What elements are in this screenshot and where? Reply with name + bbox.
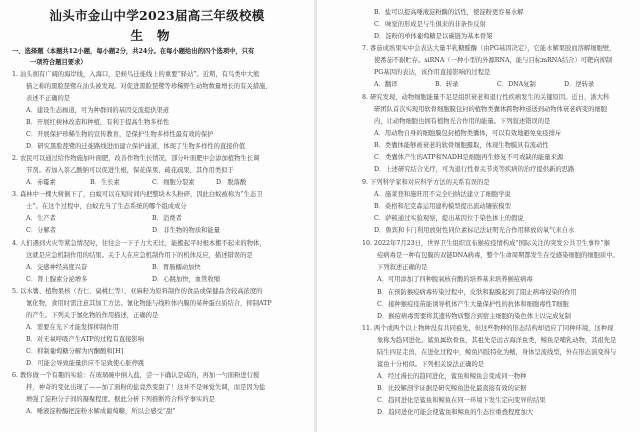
- option-a: A．施莱登和施旺用不完全归纳法建立了细胞学说: [374, 191, 511, 199]
- option-a: A．交感神经高度兴奋: [26, 264, 87, 272]
- question-stem: 增强了淀粉分子间的凝聚程度。据此分析下列推断符合科学事实的是: [26, 396, 215, 404]
- question-stem: 猫之称的黑脸琵鹭在汕头被发现。对促进黑脸琵鹭等珍稀野生动物数量增长的有关措施，: [26, 83, 272, 91]
- option-a: A．建设生态廊道，可为种群间的基因交流提供渠道: [26, 107, 169, 115]
- option-d: D．趋同进化可能会使鲨鱼和鲸鱼的生态位重叠程度加大: [377, 409, 533, 417]
- question-stem: 士”。在这个过程中，白蚁充当了生态系统的哪个组成成分: [26, 203, 187, 211]
- question-stem: 9. 下列科学家和对应科学方法的关系有误的是: [362, 179, 490, 187]
- question-stem: 1. 汕头拥有广阔的海岸线，入海口，是候鸟迁徙线上的重要“驿站”。近期，有鸟类中…: [12, 71, 259, 79]
- option-c: C．分解者: [26, 227, 56, 235]
- option-d: D．上述研究结合光疗，可为退行性骨关节炎等疾病的治疗提供新的思路: [374, 166, 574, 174]
- question-stem: 研团队首次实现用软骨细胞膜包封的植物类囊体跨物种递送到动物体衰老病变的细胞: [374, 106, 607, 114]
- option-c: C．味觉的形成是与生俱来的非条件反射: [374, 21, 486, 29]
- option-b: B．盐可以提高唾液淀粉酶的活性，使淀粉更容易水解: [374, 9, 523, 17]
- option-a: A．经过漫长的趋同进化，鲨鱼和鲸鱼会变成同一物种: [377, 373, 526, 381]
- option-b: B．类囊体能够被衰老的软骨细胞摄取，体现生物膜具有流动性: [374, 142, 549, 150]
- question-stem: 7. 番茄成熟果实中会表达大量半乳糖醛酶（由PG基因决定），它能水解果胶而溶解细…: [362, 45, 615, 53]
- option-c: C．抑制葡萄糖分解为丙酮酸和[H]: [26, 348, 123, 356]
- option-b: B．生长素: [90, 179, 120, 187]
- question-stem: 11. 两个或两个以上物种没有共同祖先，但这些物种的形态结构却适应了同种环境，这…: [362, 325, 613, 333]
- option-d: D．脱落酸: [216, 179, 246, 187]
- question-stem: 的产生。下列关于氰化物的作用描述，正确的是: [26, 312, 158, 320]
- question-stem: 氰化物，食用时需注意其加工方法。氰化物能与线粒体内膜的某种蛋白质结合，抑制ATP: [26, 300, 272, 308]
- section-header-line: 一项符合题目要求）: [30, 59, 87, 67]
- option-c: C．萨顿通过实验观察，提出基因位于染色体上的假说: [374, 215, 524, 223]
- option-b: B．比较解剖学证据是研究鲸鱼进化最直接有效的证据: [377, 385, 526, 393]
- option-c: C．开展保护珍稀生物的宣传教育，是保护生物多样性最有效的保护: [26, 131, 213, 139]
- exam-title: 汕头市金山中学2023届高三年级校模: [0, 6, 314, 24]
- option-d: D．淀粉的单体葡萄糖是以碳链为基本骨架: [374, 33, 492, 41]
- question-stem: 节剂。若加入萘乙酸钠可以促进生根，保花保果，疏花疏果，其作用类似于: [26, 167, 234, 175]
- question-stem: 3. 森林中一棵大树倒下了，白蚁可以在短时间内把整块木头粉碎，因此白蚁被称为“生…: [12, 191, 263, 199]
- option-b: B．桑格和尼克森运用建构模型提出流动镶嵌模型: [374, 203, 511, 211]
- option-c: C．肾上腺素分泌增多: [26, 276, 88, 284]
- option-b: B．开展红树林改造和种植，有利于提高生物多样性: [26, 119, 169, 127]
- option-a: A．用动物自身的细胞膜包封植物类囊体，可以有效地避免免疫排斥: [374, 130, 561, 138]
- option-a: A．翻译: [374, 81, 397, 89]
- option-a: A．赤霉素: [26, 179, 56, 187]
- option-d: D．逆转录: [564, 81, 594, 89]
- option-d: D．研究黑脸琵鹭的迁徙路线进而建立保护通道，体现了生物多样性的直接价值: [26, 143, 245, 151]
- option-b: B．对无氧呼吸产生ATP的过程有直接影响: [26, 336, 144, 344]
- question-stem: 5. 以木薯、植物果核（杏仁、扁桃仁等）、亚麻籽为原料制作的食品或保健品含较高浓…: [12, 288, 262, 296]
- option-d: D．鲁宾和卡门利用放射性同位素标记法证明光合作用释放的氧气来自水: [374, 227, 574, 235]
- option-c: C．DNA复制: [497, 81, 536, 89]
- exam-subject: 生物: [0, 26, 314, 44]
- question-stem: 下列叙述正确的是: [377, 264, 427, 272]
- option-d: D．可能会导致能量供应不足致使心脏停跳: [26, 360, 144, 368]
- option-b: B．在预防猴痘病毒传染过程中，皮肤和黏膜起到了阻止病毒侵染的作用: [377, 289, 577, 297]
- option-b: B．转录: [435, 81, 459, 89]
- option-a: A．唾液淀粉酶把淀粉水解成葡萄糖，所以会感受“甜”: [26, 408, 176, 416]
- question-stem: 4. 人们遇到火灾等紧急情况时，往往会一下子力大无比，能搬起平时根本搬不起来的物…: [12, 240, 266, 248]
- question-stem: 鲨鱼十分相似。下列相关说法正确的是: [377, 361, 484, 369]
- question-stem: 表述不正确的是: [26, 95, 70, 103]
- question-stem: 陆生四足走兽，在进化过程中，鲸鱼四肢特化为鳍，身体呈流线型，外在形态演变得与: [377, 349, 616, 357]
- option-d: D．非生物的物质和能量: [152, 227, 220, 235]
- question-stem: PG基因的表达，该作用直接影响的过程是: [374, 69, 490, 77]
- option-d: D．猴痘病毒需要将其遗传物质整合到宿主细胞的染色体上以完成复制: [377, 313, 571, 321]
- option-b: B．消费者: [152, 215, 182, 223]
- option-c: C．趋同进化是鲨鱼和鲸鱼在同一环境下发生定向变异的结果: [377, 397, 546, 405]
- question-stem: 6. 教你做一个有趣的实验：在玻璃碗中倒入盐，尝一下确认是咸的，再加一勺面粉进行…: [12, 372, 259, 380]
- section-header-line: 一、选择题（本题共12小题，每小题2分，共24分。在每小题给出的四个选项中，只有: [12, 48, 254, 56]
- question-stem: 拌，神奇的变化出现了——加了面粉的盐竟然变甜了！这并不是味觉失调，而是因为盐: [26, 384, 265, 392]
- option-d: D．心跳加快，血管收缩: [152, 276, 220, 284]
- option-a: A．可用添加了四种脱氧核苷酸的培养基来培养猴痘病毒: [377, 276, 533, 284]
- question-stem: 使番茄不耐贮存。siRNA（一种小型的外源RNA，能与目标mRNA结合）可靶向抑…: [374, 57, 612, 65]
- exam-page-right: B．盐可以提高唾液淀粉酶的活性，使淀粉更容易水解 C．味觉的形成是与生俱来的非条…: [317, 0, 640, 432]
- question-stem: 这就是应急机制作用的结果。关于人在应急机制作用下的机体反应，描述错误的是: [26, 252, 253, 260]
- question-stem: 象称为趋同进化。鲨鱼属软骨鱼，其祖先是远古海洋鱼类，鲸鱼是哺乳动物，其祖先是: [377, 337, 616, 345]
- option-c: C．细胞分裂素: [152, 179, 195, 187]
- exam-page-left: 汕头市金山中学2023届高三年级校模 生物 一、选择题（本题共12小题，每小题2…: [0, 0, 314, 432]
- question-stem: 8. 研究发现，动物细胞能量不足是组织衰老和退行性疾病发生的关键原因。近日，浙大…: [362, 94, 609, 102]
- question-stem: 痘病毒是一种有包膜的双链DNA病毒，整个生命周期都发生在受感染细胞的细胞质中。: [377, 252, 619, 260]
- option-a: A．生产者: [26, 215, 56, 223]
- question-stem: 2. 农民可以通过给作物施加叶面肥，改善作物生长情况，部分叶面肥中会添加植物生长…: [12, 155, 259, 163]
- option-c: C．类囊体产生的ATP和NADH是细胞再生修复不可或缺的能量来源: [374, 154, 563, 162]
- question-stem: 内，让动物细胞也拥有植物光合作用的能量。下列叙述错误的是: [374, 118, 550, 126]
- option-c: C．接种猴痘疫苗能诱导机体产生大量保护性的抗体和细胞毒性T细胞: [377, 301, 569, 309]
- option-b: B．胃肠蠕动加快: [152, 264, 201, 272]
- option-a: A．需要在光下才能发挥抑制作用: [26, 324, 119, 332]
- question-stem: 10. 2022年7月23日，世界卫生组织宣布猴痘疫情构成“国际关注的突发公共卫…: [362, 240, 610, 248]
